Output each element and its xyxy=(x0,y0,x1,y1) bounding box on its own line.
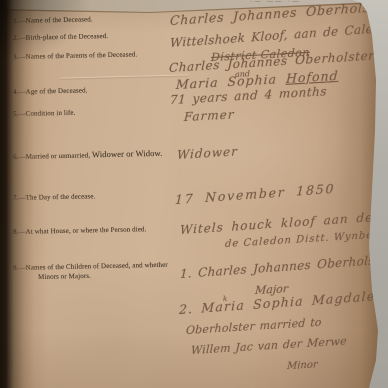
entry-child1-name: 1. Charles Johannes Oberholster xyxy=(180,252,388,281)
entry-child2-spouse: Willem Jac van der Merwe xyxy=(191,334,347,357)
entry-marital-status: Widower xyxy=(177,144,238,162)
field-label-day-of-decease: 7.—The Day of the decease. xyxy=(13,192,95,202)
field-label-married-large: Widower or Widow. xyxy=(92,148,163,159)
entry-child2-surname-married: Oberholster married to xyxy=(186,316,322,337)
field-label-children-line1: 9.—Names of the Children of Deceased, an… xyxy=(13,261,168,272)
field-label-name: 1.—Name of the Deceased. xyxy=(13,15,93,25)
entry-condition: Farmer xyxy=(184,107,235,124)
field-label-parents: 3.—Names of the Parents of the Deceased. xyxy=(13,50,137,61)
register-page: ·― ―― ·― 1.—Name of the Deceased. 2.—Bir… xyxy=(0,0,388,388)
entry-death-date: 17 November 1850 xyxy=(175,181,336,207)
field-label-house-died: 8.—At what House, or where the Person di… xyxy=(13,225,147,236)
field-label-married: 6.—Married or unmarried, Widower or Wido… xyxy=(13,149,162,161)
field-label-birthplace: 2.—Birth-place of the Deceased. xyxy=(13,32,108,42)
field-label-children-line2: Minors or Majors. xyxy=(38,272,91,281)
field-label-condition: 5.—Condition in life. xyxy=(13,109,76,118)
entry-mother-surname-underlined: Hofond xyxy=(286,68,339,86)
entry-child2-insert-mark: k xyxy=(223,295,228,303)
field-label-married-small: 6.—Married or unmarried, xyxy=(13,151,92,161)
field-label-age: 4.—Age of the Deceased. xyxy=(13,86,88,96)
document-photo: ·― ―― ·― 1.—Name of the Deceased. 2.—Bir… xyxy=(0,0,388,388)
entry-child2-status: Minor xyxy=(287,359,318,372)
